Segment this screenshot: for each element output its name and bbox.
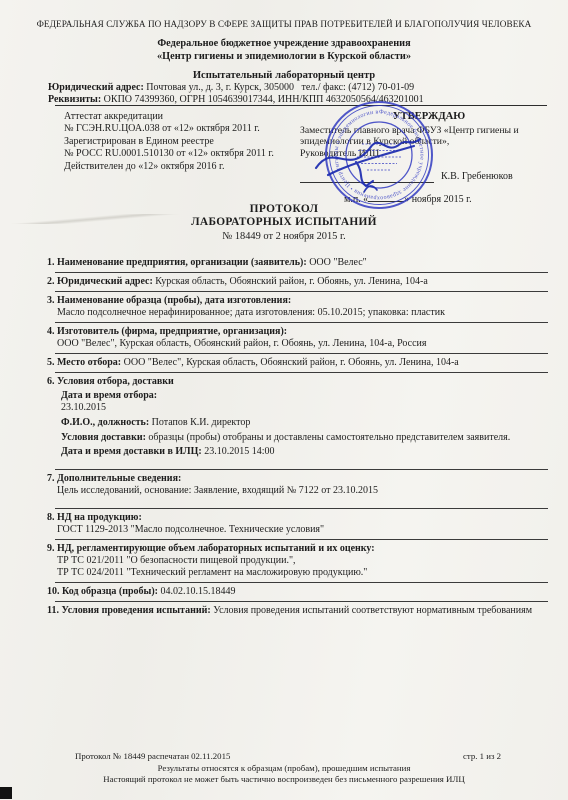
- item-5-label: 5. Место отбора:: [47, 357, 121, 368]
- scan-corner-mark: [0, 787, 12, 799]
- item-10: 10. Код образца (пробы): 04.02.10.15.184…: [47, 586, 548, 598]
- item-2-value: Курская область, Обоянский район, г. Обо…: [155, 276, 428, 287]
- item-1: 1. Наименование предприятия, организации…: [47, 257, 548, 269]
- item-8-value: ГОСТ 1129-2013 "Масло подсолнечное. Техн…: [57, 524, 548, 536]
- item-11-value: Условия проведения испытаний соответству…: [213, 605, 532, 616]
- footer-print-info: Протокол № 18449 распечатан 02.11.2015: [75, 751, 230, 761]
- item-9-value2: ТР ТС 024/2011 "Технический регламент на…: [57, 567, 548, 579]
- item-4-label: 4. Изготовитель (фирма, предприятие, орг…: [47, 326, 548, 338]
- org-name-line1: Федеральное бюджетное учреждение здравоо…: [0, 38, 568, 49]
- sampling-datetime-label: Дата и время отбора:: [61, 390, 548, 402]
- item-10-label: 10. Код образца (пробы):: [47, 586, 158, 597]
- spacer: [47, 458, 548, 466]
- item-8-label: 8. НД на продукцию:: [47, 512, 548, 524]
- accreditation-line: Зарегистрирован в Едином реестре: [64, 136, 274, 148]
- sampling-datetime-value: 23.10.2015: [61, 402, 548, 414]
- divider: [55, 508, 548, 509]
- item-6: 6. Условия отбора, доставки Дата и время…: [47, 376, 548, 466]
- item-7-value: Цель исследований, основание: Заявление,…: [57, 485, 548, 497]
- header-divider: [55, 105, 547, 106]
- address-value: Почтовая ул., д. 3, г. Курск, 305000: [146, 82, 294, 93]
- requisites-label: Реквизиты:: [48, 94, 101, 105]
- scanned-protocol-page: ФЕДЕРАЛЬНАЯ СЛУЖБА ПО НАДЗОРУ В СФЕРЕ ЗА…: [0, 0, 568, 800]
- delivery-datetime-label: Дата и время доставки в ИЛЦ:: [61, 446, 202, 457]
- item-2-label: 2. Юридический адрес:: [47, 276, 153, 287]
- protocol-items: 1. Наименование предприятия, организации…: [47, 257, 548, 617]
- item-6-row3: Условия доставки: образцы (пробы) отобра…: [61, 432, 548, 444]
- org-name-line2: «Центр гигиены и эпидемиологии в Курской…: [0, 51, 568, 62]
- divider: [55, 582, 548, 583]
- fio-value: Потапов К.И. директор: [152, 417, 251, 428]
- item-3-label: 3. Наименование образца (пробы), дата из…: [47, 295, 548, 307]
- fio-label: Ф.И.О., должность:: [61, 417, 149, 428]
- item-5: 5. Место отбора: ООО "Велес", Курская об…: [47, 357, 548, 369]
- item-6-label: 6. Условия отбора, доставки: [47, 376, 548, 388]
- phone-value: (4712) 70-01-09: [348, 82, 414, 93]
- handwritten-signature: [296, 120, 460, 210]
- item-11: 11. Условия проведения испытаний: Услови…: [47, 605, 548, 617]
- accreditation-line: № РОСС RU.0001.510130 от «12» октября 20…: [64, 148, 274, 160]
- scan-wrinkle: [0, 214, 190, 224]
- protocol-number: № 18449 от 2 ноября 2015 г.: [0, 231, 568, 242]
- divider: [55, 291, 548, 292]
- divider: [55, 601, 548, 602]
- accreditation-line: № ГСЭН.RU.ЦОА.038 от «12» октября 2011 г…: [64, 123, 274, 135]
- accreditation-block: Аттестат аккредитации № ГСЭН.RU.ЦОА.038 …: [64, 111, 274, 173]
- item-1-label: 1. Наименование предприятия, организации…: [47, 257, 307, 268]
- delivery-conditions-value: образцы (пробы) отобраны и доставлены са…: [148, 432, 510, 443]
- spacer: [47, 497, 548, 505]
- divider: [55, 469, 548, 470]
- item-4-value: ООО "Велес", Курская область, Обоянский …: [57, 338, 548, 350]
- accreditation-line: Аттестат аккредитации: [64, 111, 274, 123]
- item-9-label: 9. НД, регламентирующие объем лабораторн…: [47, 543, 548, 555]
- item-6-row1: Дата и время отбора: 23.10.2015: [61, 390, 548, 414]
- legal-address-line: Юридический адрес: Почтовая ул., д. 3, г…: [48, 82, 414, 93]
- item-9: 9. НД, регламентирующие объем лабораторн…: [47, 543, 548, 579]
- item-3-value: Масло подсолнечное нерафинированное; дат…: [57, 307, 548, 319]
- item-6-row2: Ф.И.О., должность: Потапов К.И. директор: [61, 417, 548, 429]
- item-5-value: ООО "Велес", Курская область, Обоянский …: [124, 357, 459, 368]
- item-7: 7. Дополнительные сведения: Цель исследо…: [47, 473, 548, 505]
- lab-center-name: Испытательный лабораторный центр: [0, 70, 568, 81]
- divider: [55, 372, 548, 373]
- item-8: 8. НД на продукцию: ГОСТ 1129-2013 "Масл…: [47, 512, 548, 536]
- item-10-value: 04.02.10.15.18449: [161, 586, 236, 597]
- item-11-label: 11. Условия проведения испытаний:: [47, 605, 211, 616]
- item-1-value: ООО "Велес": [309, 257, 367, 268]
- divider: [55, 272, 548, 273]
- federal-service-title: ФЕДЕРАЛЬНАЯ СЛУЖБА ПО НАДЗОРУ В СФЕРЕ ЗА…: [0, 19, 568, 29]
- divider: [55, 539, 548, 540]
- footer-note-2: Настоящий протокол не может быть частичн…: [0, 774, 568, 784]
- delivery-conditions-label: Условия доставки:: [61, 432, 146, 443]
- item-2: 2. Юридический адрес: Курская область, О…: [47, 276, 548, 288]
- item-7-label: 7. Дополнительные сведения:: [47, 473, 548, 485]
- item-6-row4: Дата и время доставки в ИЛЦ: 23.10.2015 …: [61, 446, 548, 458]
- address-label: Юридический адрес:: [48, 82, 144, 93]
- divider: [55, 322, 548, 323]
- item-9-value1: ТР ТС 021/2011 "О безопасности пищевой п…: [57, 555, 548, 567]
- footer-note-1: Результаты относятся к образцам (пробам)…: [0, 763, 568, 773]
- divider: [55, 353, 548, 354]
- item-3: 3. Наименование образца (пробы), дата из…: [47, 295, 548, 319]
- delivery-datetime-value: 23.10.2015 14:00: [204, 446, 274, 457]
- phone-label: тел./ факс:: [301, 82, 345, 93]
- footer-page-number: стр. 1 из 2: [463, 751, 501, 761]
- item-4: 4. Изготовитель (фирма, предприятие, орг…: [47, 326, 548, 350]
- accreditation-line: Действителен до «12» октября 2016 г.: [64, 161, 274, 173]
